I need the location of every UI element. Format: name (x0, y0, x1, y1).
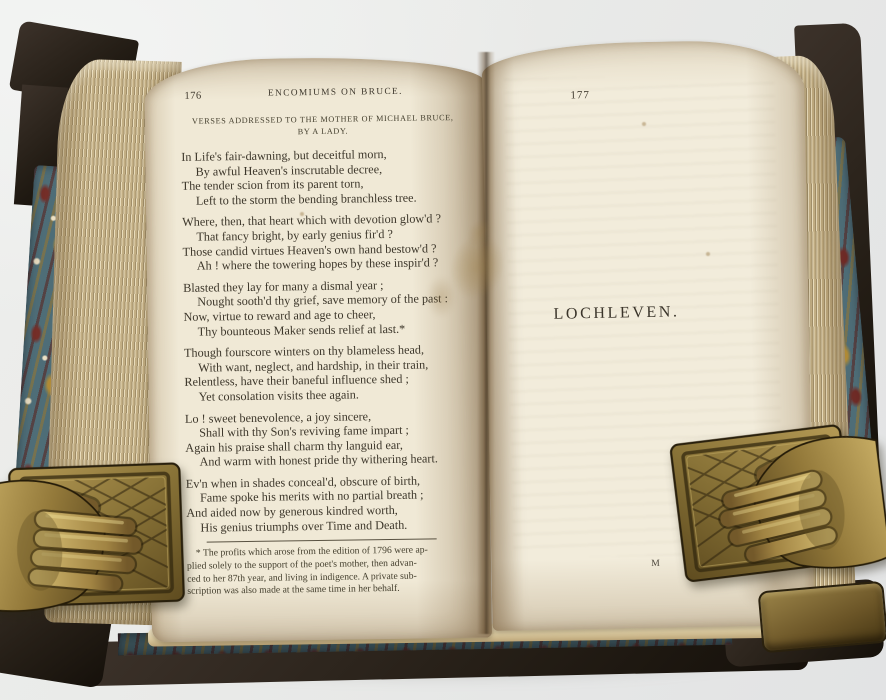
footnote-line: scription was also made at the same time… (187, 582, 471, 599)
foxing-speck (642, 122, 646, 126)
signature-mark: M (651, 559, 660, 569)
poem-line: Ah ! where the towering hopes by these i… (183, 255, 467, 274)
poem-stanza: Where, then, that heart which with devot… (182, 211, 467, 273)
page-stain-small (426, 276, 456, 318)
poem-stanza: Though fourscore winters on thy blameles… (184, 342, 469, 404)
poem-stanza: Ev'n when in shades conceal'd, obscure o… (186, 473, 471, 535)
brass-clip-lower-jaw (758, 581, 886, 654)
poem-stanza: In Life's fair-dawning, but deceitful mo… (181, 146, 466, 208)
poem-line: Left to the storm the bending branchless… (182, 190, 466, 209)
poem-line: And warm with honest pride thy withering… (185, 451, 469, 470)
running-header: ENCOMIUMS ON BRUCE. (180, 86, 464, 100)
left-page: 176 ENCOMIUMS ON BRUCE. VERSES ADDRESSED… (144, 56, 492, 643)
brass-hand-icon (0, 438, 184, 612)
poem-line: His genius triumphs over Time and Death. (186, 517, 470, 536)
section-title: LOCHLEVEN. (516, 303, 716, 325)
poem-stanza: Blasted they lay for many a dismal year … (183, 277, 468, 339)
right-brass-hand-clip (657, 418, 874, 593)
right-page-number: 177 (570, 89, 590, 101)
poem-line: Yet consolation visits thee again. (185, 386, 469, 405)
left-page-text-block: 176 ENCOMIUMS ON BRUCE. VERSES ADDRESSED… (180, 86, 471, 599)
foxing-speck (706, 252, 710, 256)
poem-stanza: Lo ! sweet benevolence, a joy sincere, S… (185, 407, 470, 469)
footnote-rule (207, 539, 437, 543)
photo-open-book: 176 ENCOMIUMS ON BRUCE. VERSES ADDRESSED… (0, 0, 886, 700)
book-gutter (477, 52, 495, 634)
left-page-header: 176 ENCOMIUMS ON BRUCE. (180, 86, 464, 105)
left-page-number: 176 (184, 91, 201, 102)
footnote: * The profits which arose from the editi… (187, 544, 472, 599)
left-brass-hand-clip (0, 459, 197, 618)
poem-title: VERSES ADDRESSED TO THE MOTHER OF MICHAE… (181, 112, 465, 139)
foxing-speck (300, 212, 304, 216)
poem: In Life's fair-dawning, but deceitful mo… (181, 146, 470, 535)
